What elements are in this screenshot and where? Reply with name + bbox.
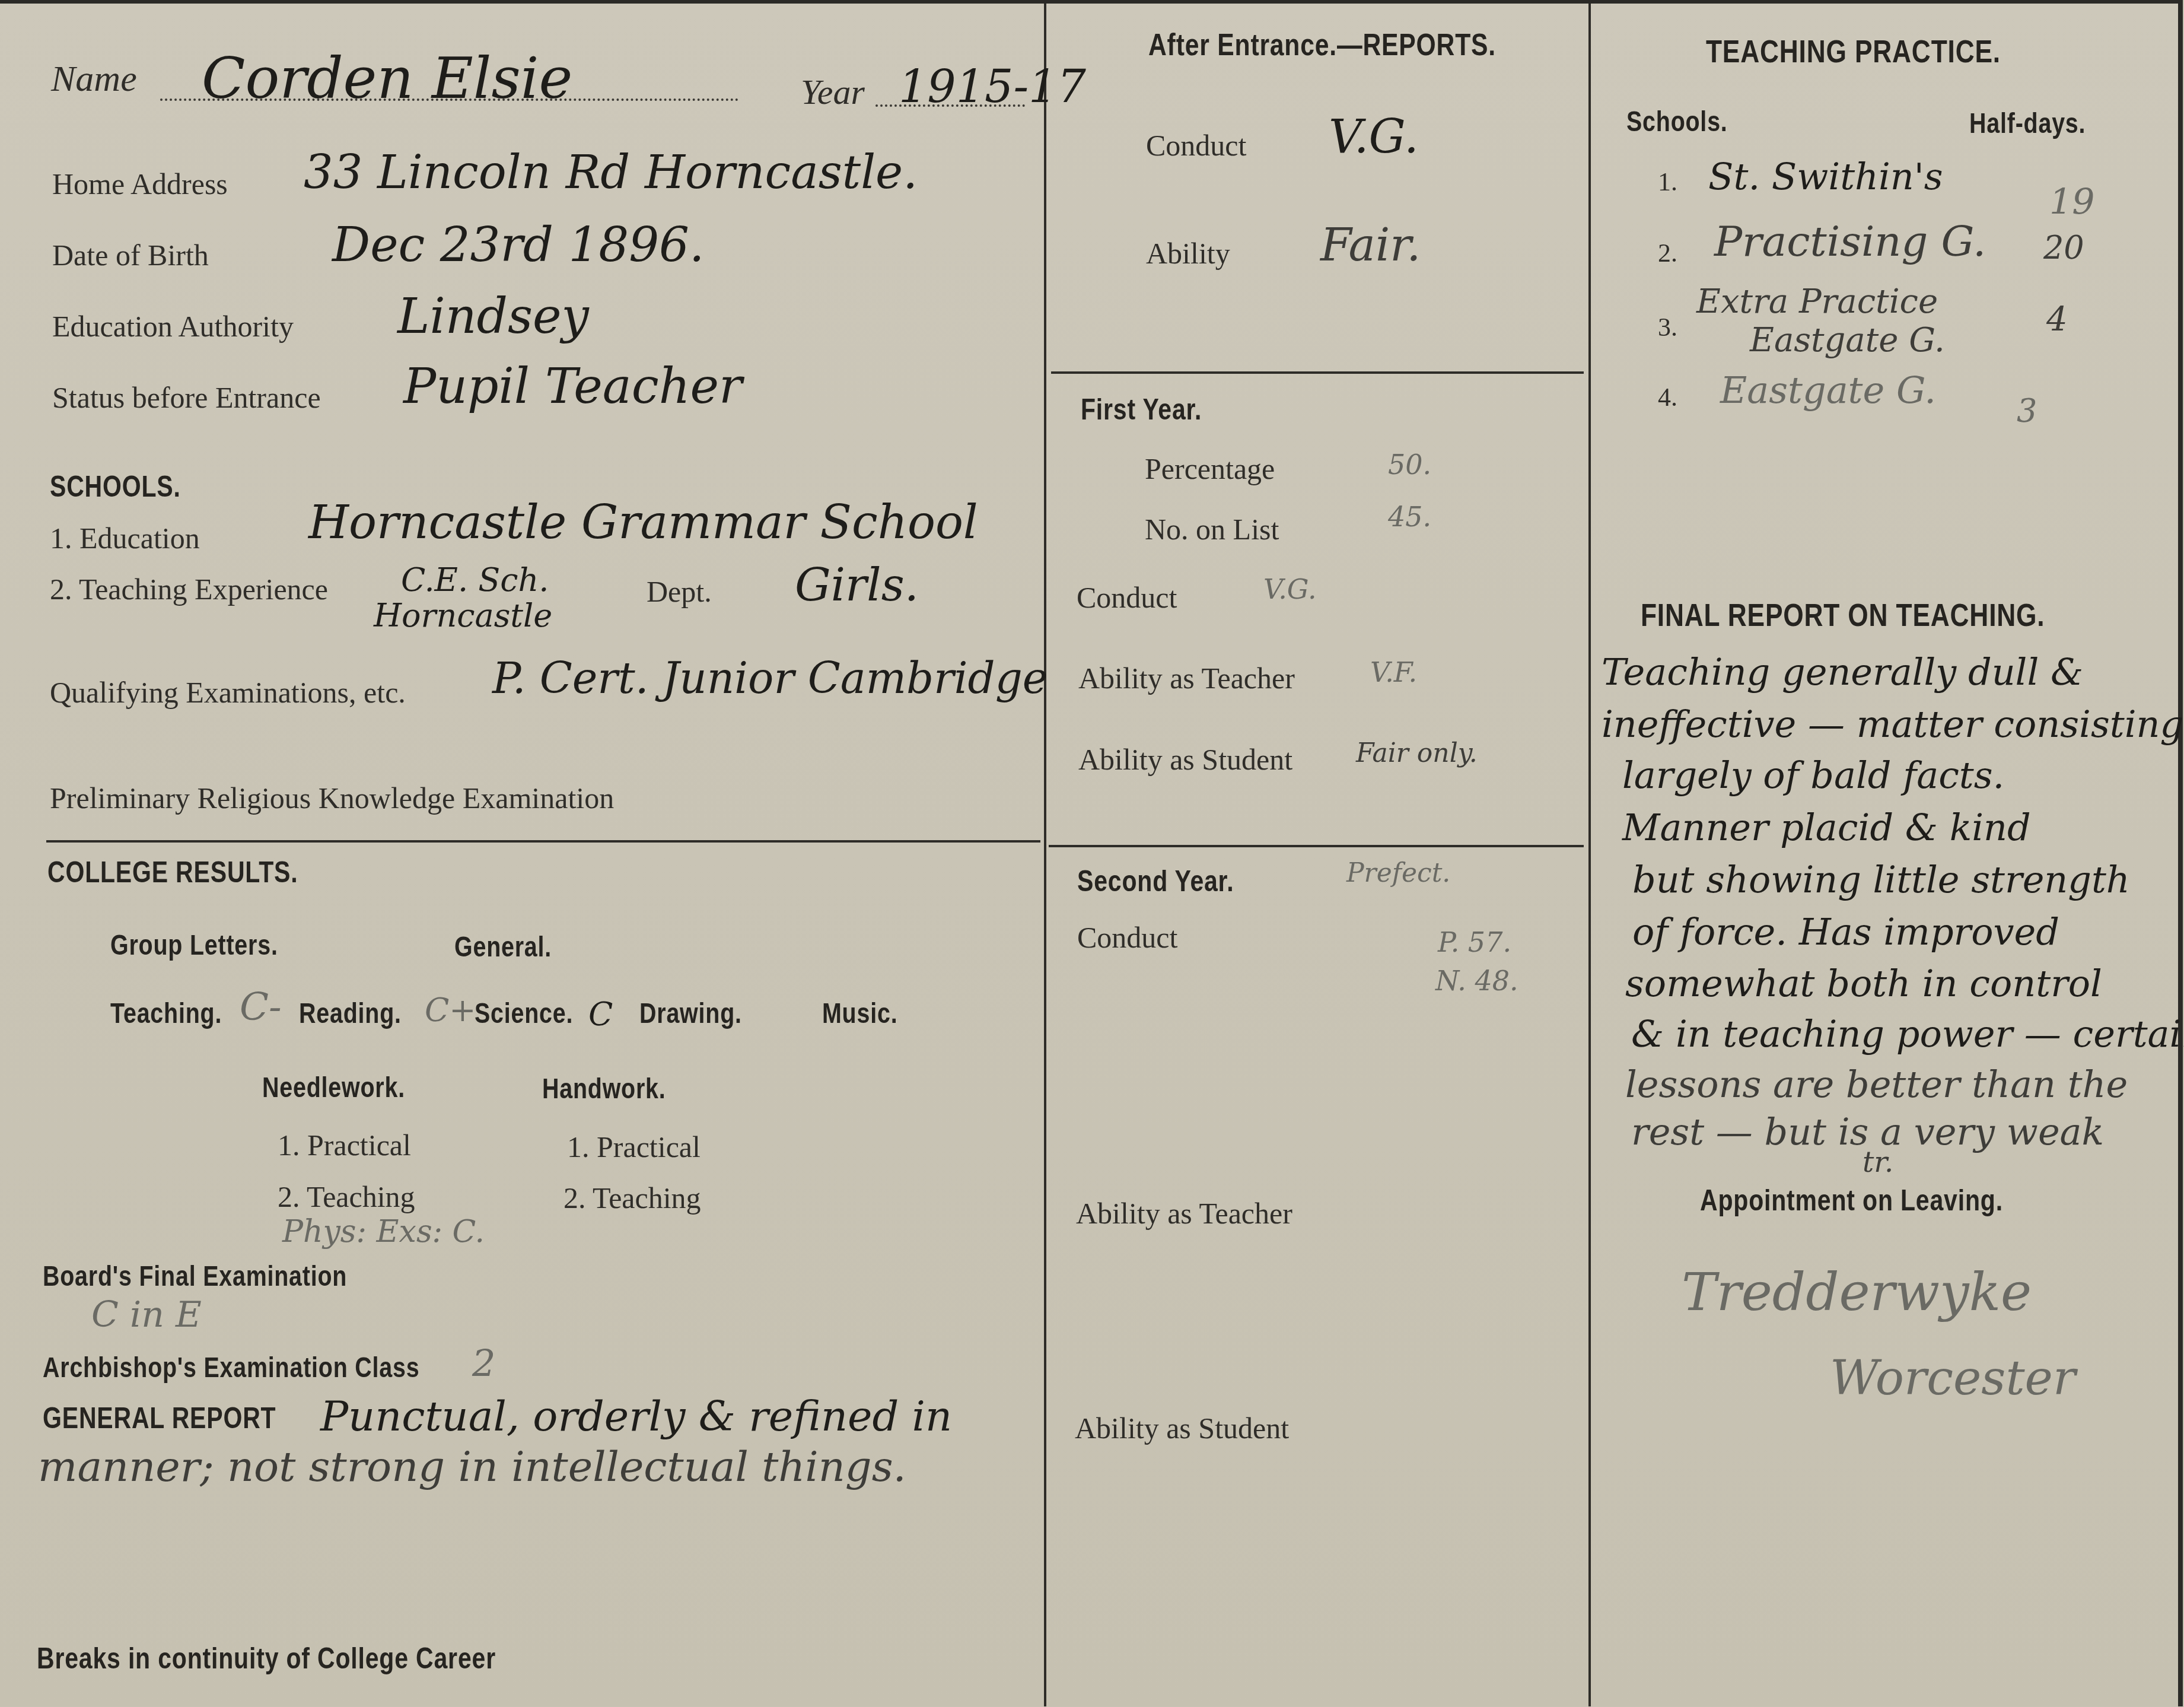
- dob-value: Dec 23rd 1896.: [332, 217, 704, 272]
- final-report-heading: FINAL REPORT ON TEACHING.: [1641, 597, 2045, 634]
- subject-teaching-grade: C-: [240, 986, 282, 1029]
- tp-row-2-num: 2.: [1658, 238, 1677, 268]
- first-year-conduct-value: V.G.: [1263, 573, 1317, 605]
- schools-education-label: 1. Education: [50, 521, 200, 555]
- archbishop-label: Archbishop's Examination Class: [43, 1352, 419, 1384]
- final-report-line: of force. Has improved: [1632, 910, 2059, 953]
- home-address-label: Home Address: [52, 167, 228, 201]
- needlework-teaching: 2. Teaching: [278, 1180, 415, 1214]
- tp-row-1-num: 1.: [1658, 167, 1677, 197]
- entrance-conduct-label: Conduct: [1146, 128, 1246, 163]
- qualifying-value: P. Cert. Junior Cambridge: [492, 653, 1048, 703]
- general-report-label: GENERAL REPORT: [43, 1401, 276, 1435]
- status-value: Pupil Teacher: [403, 358, 742, 415]
- schools-education-value: Horncastle Grammar School: [308, 496, 978, 549]
- tp-row-2-half-days: 20: [2043, 229, 2084, 266]
- general-report-line-1: Punctual, orderly & refined in: [320, 1392, 952, 1441]
- dob-label: Date of Birth: [52, 238, 209, 272]
- entrance-ability-label: Ability: [1146, 236, 1230, 271]
- teaching-experience-label: 2. Teaching Experience: [50, 572, 328, 606]
- education-authority-value: Lindsey: [397, 288, 589, 345]
- entrance-ability-value: Fair.: [1320, 218, 1421, 271]
- dept-label: Dept.: [647, 574, 712, 609]
- handwork-practical: 1. Practical: [567, 1130, 701, 1164]
- tp-row-3-num: 3.: [1658, 312, 1677, 342]
- final-report-line: Manner placid & kind: [1622, 806, 2031, 849]
- boards-final-label: Board's Final Examination: [43, 1260, 347, 1293]
- tp-row-3-school: Extra Practice: [1696, 282, 1938, 321]
- group-letters-label: Group Letters.: [110, 929, 278, 962]
- subject-reading-label: Reading.: [299, 997, 402, 1030]
- tp-row-1-half-days: 19: [2049, 182, 2094, 223]
- second-year-note: Prefect.: [1346, 858, 1450, 888]
- final-report-line: ineffective — matter consisting: [1602, 702, 2183, 746]
- subject-science-label: Science.: [475, 997, 573, 1030]
- name-field: Name: [51, 58, 137, 100]
- breaks-label: Breaks in continuity of College Career: [37, 1641, 496, 1676]
- first-year-conduct-label: Conduct: [1077, 580, 1177, 615]
- year-label: Year: [801, 72, 865, 113]
- teaching-practice-heading: TEACHING PRACTICE.: [1706, 33, 2001, 70]
- percentage-value: 50.: [1388, 449, 1431, 481]
- preliminary-label: Preliminary Religious Knowledge Examinat…: [50, 781, 614, 815]
- tp-row-4-school: Eastgate G.: [1720, 368, 1936, 412]
- subject-teaching-label: Teaching.: [110, 997, 222, 1030]
- second-year-ability-student-label: Ability as Student: [1075, 1411, 1289, 1445]
- final-report-line: Teaching generally dull &: [1602, 650, 2083, 694]
- teaching-experience-value-2: Horncastle: [374, 597, 552, 634]
- first-year-ability-student-label: Ability as Student: [1078, 742, 1292, 777]
- second-year-heading: Second Year.: [1077, 864, 1234, 898]
- status-label: Status before Entrance: [52, 380, 321, 415]
- home-address-value: 33 Lincoln Rd Horncastle.: [304, 146, 918, 199]
- appointment-value-line-1: Tredderwyke: [1682, 1261, 2032, 1323]
- education-authority-label: Education Authority: [52, 309, 294, 344]
- tp-schools-label: Schools.: [1626, 106, 1728, 138]
- first-year-ability-teacher-value: V.F.: [1370, 656, 1417, 688]
- record-card: Name Corden Elsie Year 1915-17 Home Addr…: [0, 0, 2183, 1706]
- handwork-teaching: 2. Teaching: [563, 1181, 701, 1215]
- column-divider-right: [1588, 4, 1591, 1706]
- general-report-line-2: manner; not strong in intellectual thing…: [38, 1442, 906, 1491]
- schools-heading: SCHOOLS.: [50, 469, 181, 504]
- boards-final-value: C in E: [91, 1294, 202, 1336]
- first-year-heading: First Year.: [1081, 392, 1202, 427]
- appointment-value-line-2: Worcester: [1830, 1350, 2075, 1406]
- percentage-label: Percentage: [1145, 452, 1275, 486]
- name-label: Name: [51, 59, 137, 99]
- second-year-p-value: P. 57.: [1438, 926, 1511, 958]
- final-report-line: tr.: [1863, 1146, 1893, 1179]
- tp-row-3-school-line-2: Eastgate G.: [1750, 321, 1945, 360]
- final-report-line: largely of bald facts.: [1622, 754, 2004, 797]
- no-on-list-label: No. on List: [1145, 512, 1279, 546]
- left-section-divider: [46, 840, 1040, 843]
- tp-row-2-school: Practising G.: [1714, 217, 1986, 266]
- tp-row-4-num: 4.: [1658, 382, 1677, 412]
- no-on-list-value: 45.: [1388, 501, 1431, 533]
- final-report-line: & in teaching power — certain: [1631, 1012, 2184, 1056]
- teaching-experience-value-1: C.E. Sch.: [401, 561, 549, 599]
- qualifying-label: Qualifying Examinations, etc.: [50, 675, 406, 710]
- handwork-label: Handwork.: [542, 1073, 666, 1105]
- final-report-line: somewhat both in control: [1625, 962, 2102, 1005]
- tp-row-1-school: St. Swithin's: [1708, 155, 1943, 198]
- final-report-line: lessons are better than the: [1625, 1063, 2128, 1106]
- tp-row-3-half-days: 4: [2046, 300, 2068, 339]
- entrance-conduct-value: V.G.: [1329, 110, 1419, 164]
- reports-heading: After Entrance.—REPORTS.: [1148, 27, 1496, 63]
- college-results-heading: COLLEGE RESULTS.: [47, 855, 298, 889]
- first-year-ability-teacher-label: Ability as Teacher: [1078, 661, 1295, 695]
- needlework-practical: 1. Practical: [278, 1128, 411, 1162]
- second-year-ability-teacher-label: Ability as Teacher: [1076, 1196, 1292, 1231]
- archbishop-class-value: 2: [472, 1342, 495, 1385]
- phys-exercises-note: Phys: Exs: C.: [282, 1214, 485, 1250]
- final-report-line: but showing little strength: [1632, 858, 2130, 901]
- second-year-n-value: N. 48.: [1435, 965, 1518, 997]
- tp-row-4-half-days: 3: [2017, 392, 2037, 430]
- first-year-ability-student-value: Fair only.: [1356, 738, 1478, 768]
- subject-science-grade: C: [588, 996, 613, 1033]
- needlework-label: Needlework.: [262, 1072, 405, 1104]
- name-value: Corden Elsie: [202, 45, 572, 112]
- subject-reading-grade: C+: [425, 991, 476, 1029]
- appointment-label: Appointment on Leaving.: [1700, 1183, 2003, 1218]
- middle-divider-first-year: [1051, 371, 1584, 374]
- general-label: General.: [454, 931, 552, 964]
- column-divider-left: [1044, 4, 1046, 1706]
- second-year-conduct-label: Conduct: [1077, 920, 1177, 955]
- tp-half-days-label: Half-days.: [1969, 107, 2086, 140]
- subject-music-label: Music.: [822, 997, 897, 1030]
- year-value: 1915-17: [899, 60, 1086, 113]
- dept-value: Girls.: [795, 558, 919, 611]
- middle-divider-second-year: [1049, 845, 1584, 847]
- subject-drawing-label: Drawing.: [639, 997, 742, 1030]
